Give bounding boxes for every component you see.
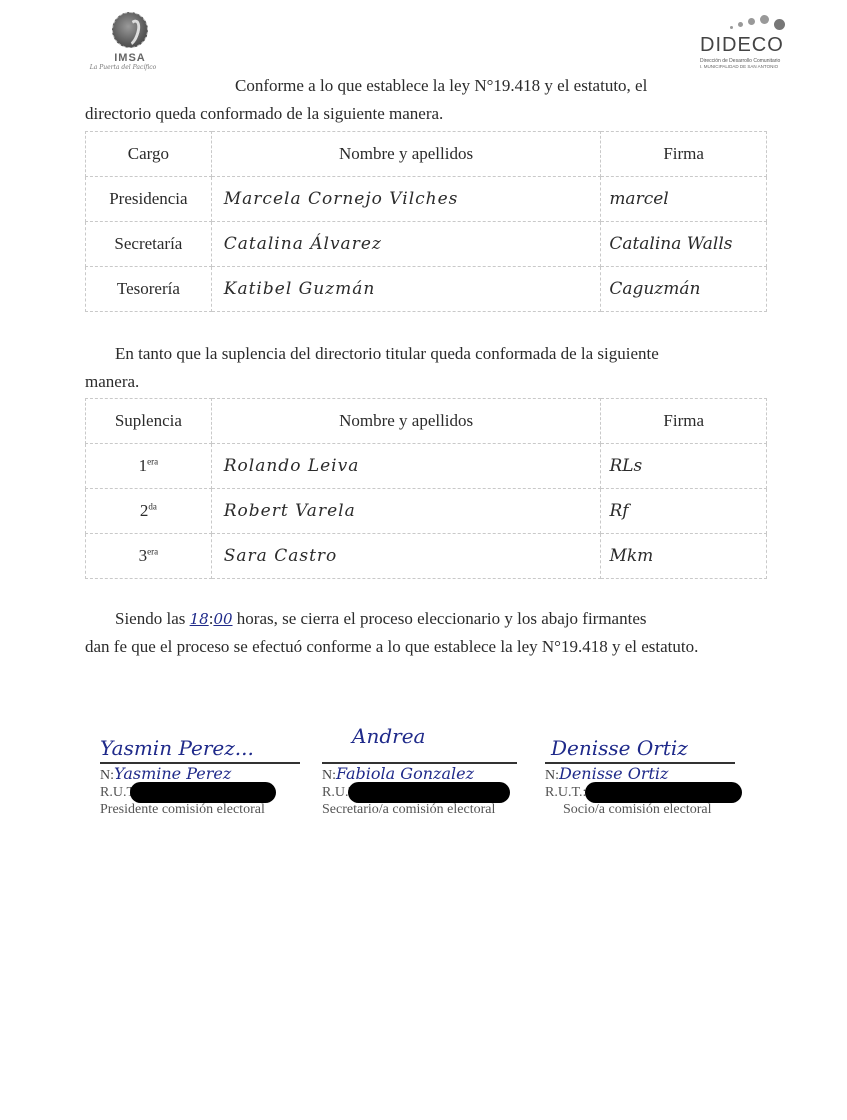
handwritten-name: Katibel Guzmán <box>211 267 601 312</box>
signature: Catalina Walls <box>601 222 767 267</box>
signature: Rf <box>601 489 767 534</box>
handwritten-name: Robert Varela <box>211 489 601 534</box>
suplencia-intro-line-2: manera. <box>85 368 139 396</box>
signature: marcel <box>601 177 767 222</box>
signatory-member: Denisse Ortiz N:Denisse Ortiz R.U.T.: So… <box>545 718 755 818</box>
rut-line: R.U.T.: <box>545 784 755 802</box>
dideco-dots-icon <box>730 14 790 32</box>
signature: Caguzmán <box>601 267 767 312</box>
imsa-logo: IMSA La Puerta del Pacífico <box>100 12 160 71</box>
signature: Yasmin Perez... <box>100 718 310 758</box>
table-header-row: Cargo Nombre y apellidos Firma <box>86 132 767 177</box>
signature: Denisse Ortiz <box>545 718 755 758</box>
redaction-bar <box>130 782 276 803</box>
table-row: 2da Robert Varela Rf <box>86 489 767 534</box>
signatory-role: Secretario/a comisión electoral <box>322 802 532 818</box>
suplencia-intro-line-1: En tanto que la suplencia del directorio… <box>115 340 775 368</box>
redaction-bar <box>585 782 742 803</box>
directorio-table: Cargo Nombre y apellidos Firma Presidenc… <box>85 131 767 312</box>
intro-line-1: Conforme a lo que establece la ley N°19.… <box>235 72 647 100</box>
header-firma: Firma <box>601 132 767 177</box>
cargo-cell: Tesorería <box>86 267 212 312</box>
table-row: Presidencia Marcela Cornejo Vilches marc… <box>86 177 767 222</box>
suplencia-order: 1era <box>86 444 212 489</box>
rut-line: R.U.T <box>322 784 532 802</box>
signatory-role: Socio/a comisión electoral <box>545 802 755 818</box>
header-nombre: Nombre y apellidos <box>211 132 601 177</box>
cargo-cell: Secretaría <box>86 222 212 267</box>
signature: Mkm <box>601 534 767 579</box>
signatory-secretary: Andrea N:Fabiola Gonzalez R.U.T Secretar… <box>322 718 532 818</box>
table-row: Tesorería Katibel Guzmán Caguzmán <box>86 267 767 312</box>
header-nombre: Nombre y apellidos <box>211 399 601 444</box>
intro-line-2: directorio queda conformado de la siguie… <box>85 100 443 128</box>
suplencia-order: 2da <box>86 489 212 534</box>
name-line: N:Denisse Ortiz <box>545 764 755 784</box>
suplencia-order: 3era <box>86 534 212 579</box>
table-row: 3era Sara Castro Mkm <box>86 534 767 579</box>
closing-line-2: dan fe que el proceso se efectuó conform… <box>85 633 698 661</box>
name-line: N:Fabiola Gonzalez <box>322 764 532 784</box>
dideco-logo-municipality: I. MUNICIPALIDAD DE SAN ANTONIO <box>700 64 778 69</box>
name-line: N:Yasmine Perez <box>100 764 310 784</box>
redaction-bar <box>348 782 510 803</box>
table-row: Secretaría Catalina Álvarez Catalina Wal… <box>86 222 767 267</box>
signature: RLs <box>601 444 767 489</box>
signature: Andrea <box>322 718 532 758</box>
suplencia-table: Suplencia Nombre y apellidos Firma 1era … <box>85 398 767 579</box>
handwritten-name: Marcela Cornejo Vilches <box>211 177 601 222</box>
signatory-president: Yasmin Perez... N:Yasmine Perez R.U.T Pr… <box>100 718 310 818</box>
closing-minutes: 00 <box>213 610 232 628</box>
cargo-cell: Presidencia <box>86 177 212 222</box>
handwritten-name: Sara Castro <box>211 534 601 579</box>
header-cargo: Cargo <box>86 132 212 177</box>
closing-line-1: Siendo las 18:00 horas, se cierra el pro… <box>115 605 647 633</box>
header-firma: Firma <box>601 399 767 444</box>
imsa-emblem-icon <box>112 12 148 48</box>
signatory-role: Presidente comisión electoral <box>100 802 310 818</box>
handwritten-name: Rolando Leiva <box>211 444 601 489</box>
imsa-logo-name: IMSA <box>100 52 160 64</box>
imsa-logo-tagline: La Puerta del Pacífico <box>86 64 160 71</box>
table-header-row: Suplencia Nombre y apellidos Firma <box>86 399 767 444</box>
header-suplencia: Suplencia <box>86 399 212 444</box>
handwritten-name: Catalina Álvarez <box>211 222 601 267</box>
rut-line: R.U.T <box>100 784 310 802</box>
table-row: 1era Rolando Leiva RLs <box>86 444 767 489</box>
closing-hour: 18 <box>190 610 209 628</box>
dideco-logo-name: DIDECO <box>700 34 784 57</box>
